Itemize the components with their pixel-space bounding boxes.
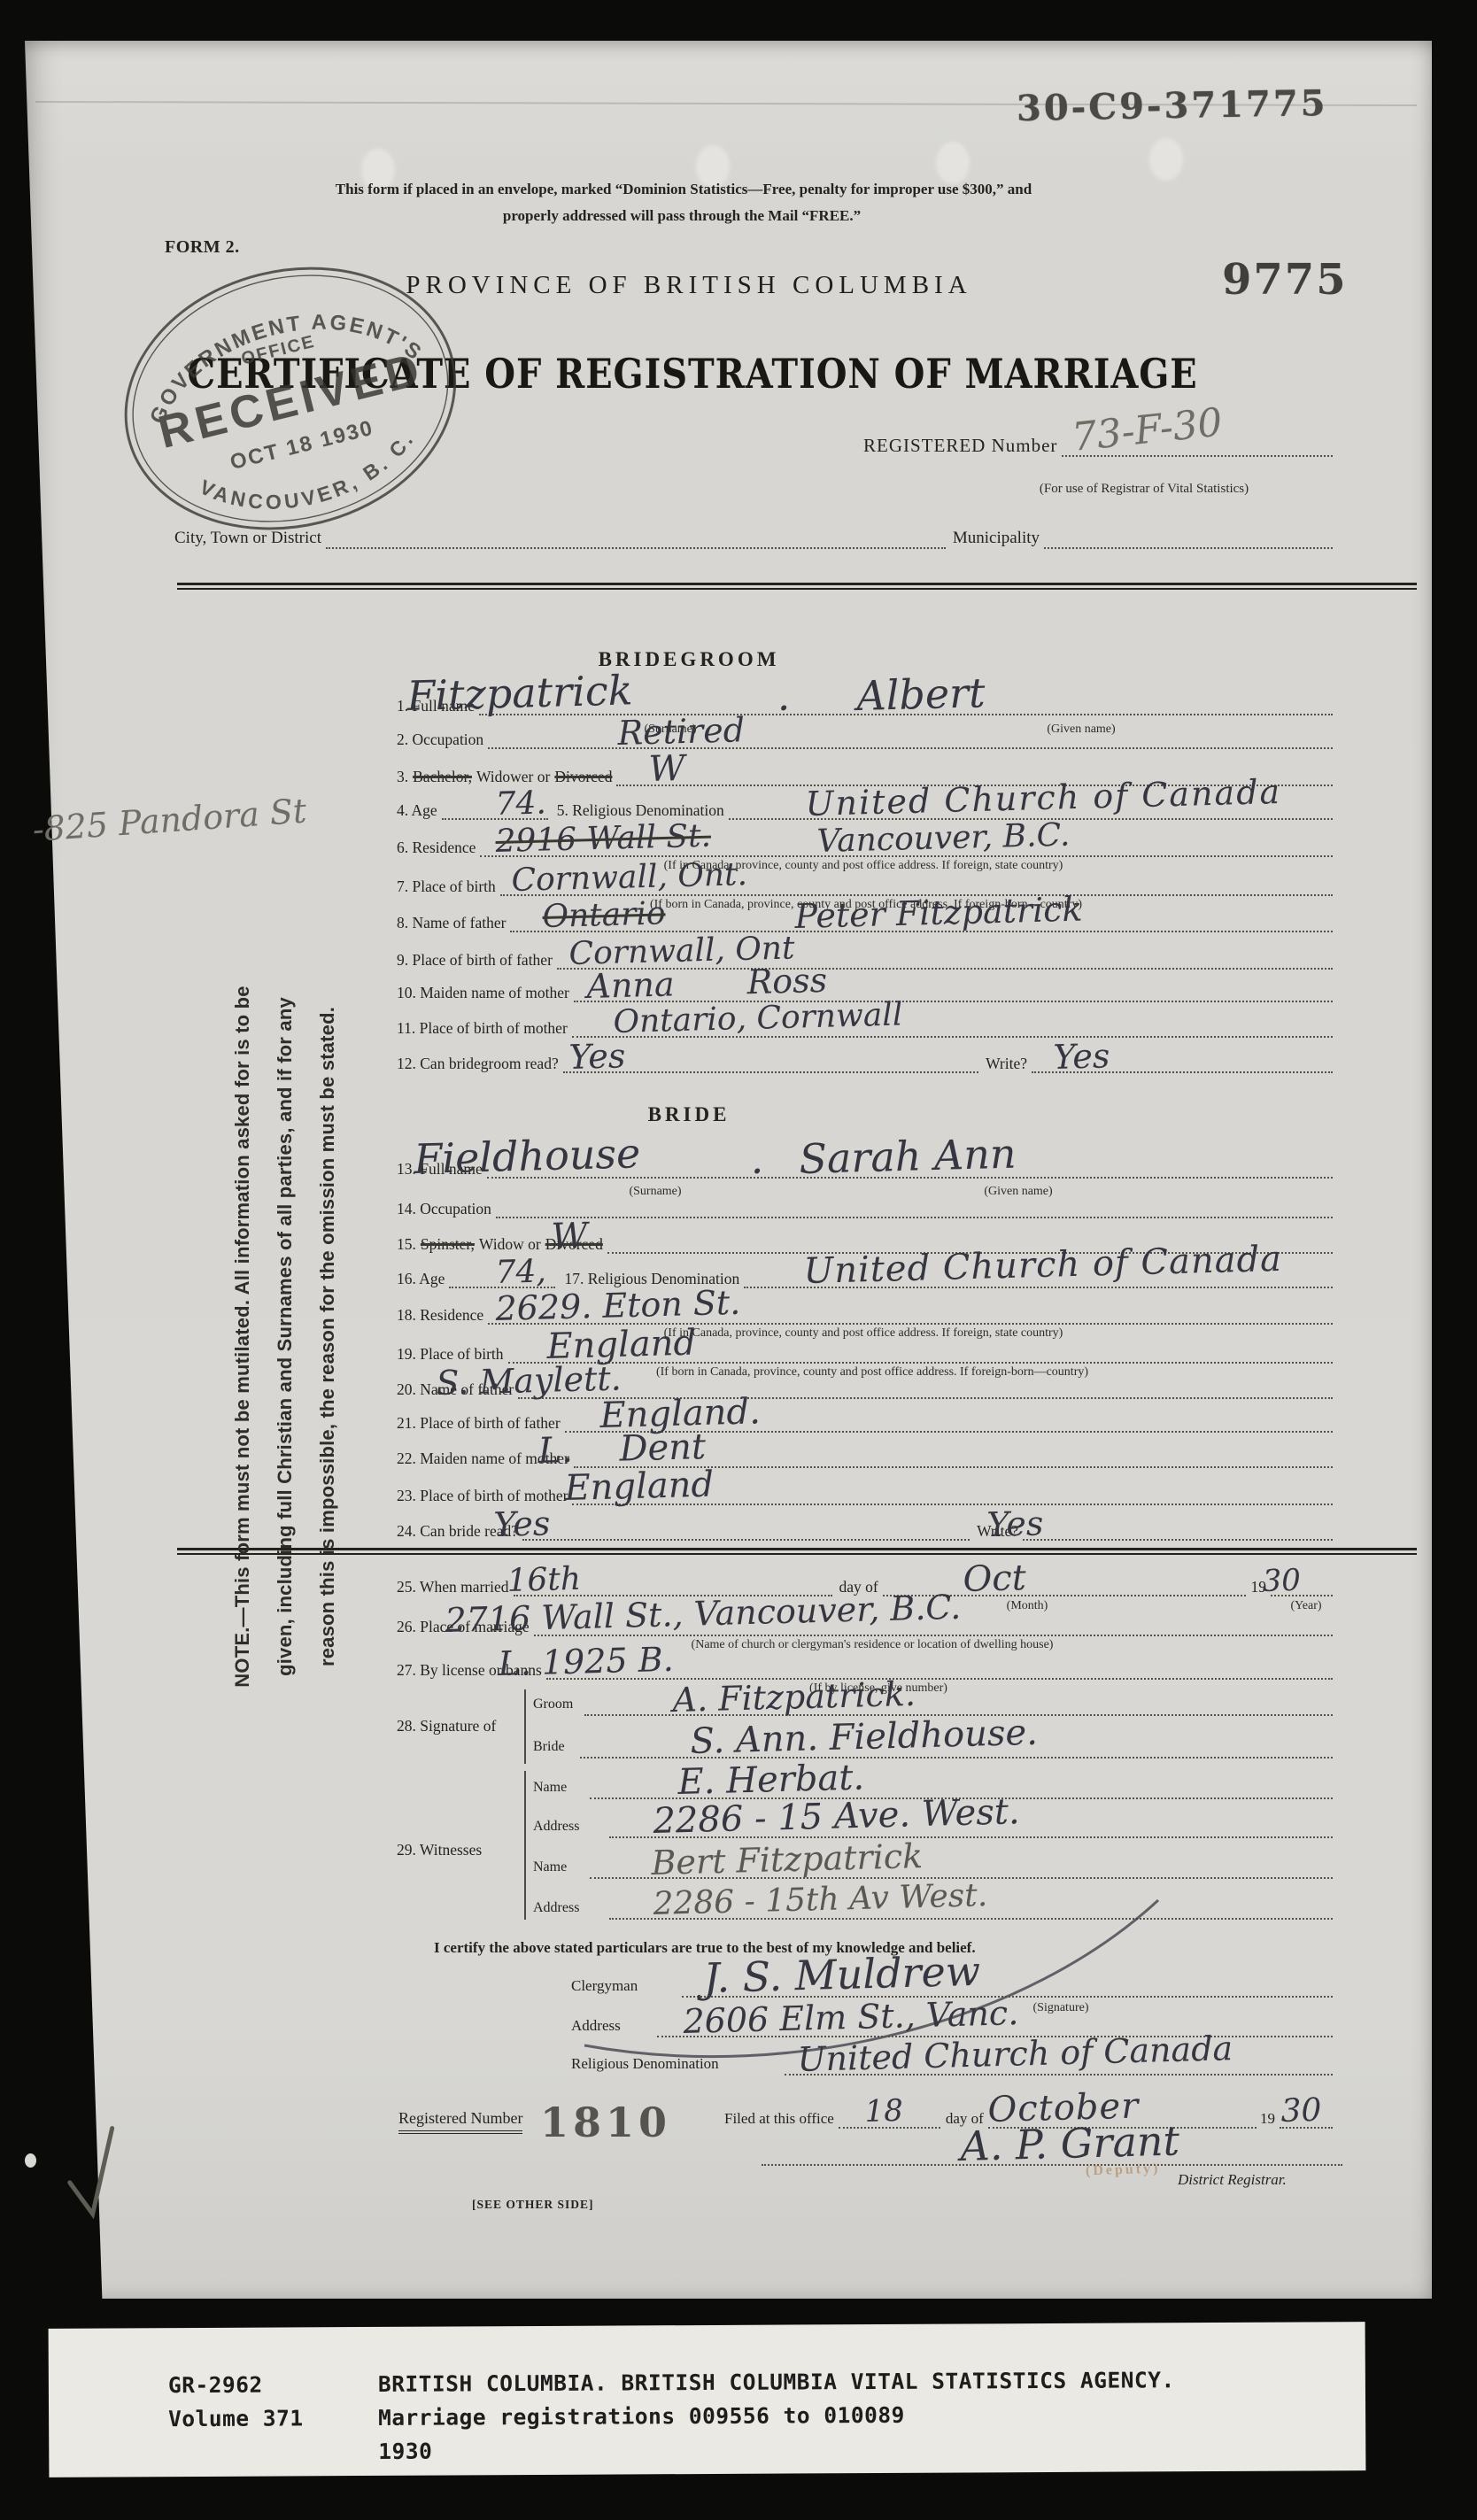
footer-agency: BRITISH COLUMBIA. BRITISH COLUMBIA VITAL… [378, 2367, 1175, 2397]
field-2-label: 2. Occupation [397, 731, 488, 749]
field-row-birthplace-groom: 7. Place of birth Cornwall, Ont. [397, 871, 1333, 896]
field-row-mother-birthplace-bride: 23. Place of birth of mother England [397, 1480, 1333, 1505]
archive-footer-strip: GR-2962 Volume 371 BRITISH COLUMBIA. BRI… [49, 2322, 1366, 2477]
side-note-line1: NOTE.—This form must not be mutilated. A… [221, 847, 264, 1826]
field-row-occupation-groom: 2. Occupation Retired [397, 724, 1333, 749]
dotted-line [326, 522, 946, 549]
field-7-label: 7. Place of birth [397, 878, 500, 896]
dotted-line [1023, 1514, 1333, 1541]
city-label: City, Town or District [174, 530, 326, 549]
field-row-place-of-marriage: 26. Place of marriage 2716 Wall St., Van… [397, 1612, 1333, 1636]
municipality-label: Municipality [946, 530, 1044, 549]
punch-hole [1149, 138, 1183, 181]
marriage-month-value: Oct [963, 1562, 1026, 1596]
registered-number-row: REGISTERED Number 73-F-30 [863, 430, 1333, 457]
groom-religion-value: United Church of Canada [805, 777, 1281, 819]
field-row-literacy-groom: 12. Can bridegroom read? Write? Yes Yes [397, 1048, 1333, 1073]
field-row-occupation-bride: 14. Occupation [397, 1194, 1333, 1218]
filed-year-prefix: 19 [1257, 2111, 1280, 2129]
field-4-label: 4. Age [397, 802, 442, 820]
bride-mother-value: L. Dent [537, 1431, 706, 1467]
groom-mother-birthplace-value: Ontario, Cornwall [613, 1001, 903, 1037]
bride-age-value: 74, [495, 1257, 546, 1287]
footer-reference: GR-2962 [168, 2372, 263, 2399]
checkmark-annotation [53, 2118, 135, 2231]
witness1-address-row: 2286 - 15 Ave. West. [609, 1813, 1333, 1838]
document-page: 30-C9-371775 9775 This form if placed in… [0, 0, 1477, 2520]
city-row: City, Town or District Municipality [174, 524, 1333, 549]
field-14-label: 14. Occupation [397, 1201, 496, 1218]
side-note: NOTE.—This form must not be mutilated. A… [221, 847, 351, 1826]
registrar-signature-row: A. P. Grant [762, 2141, 1342, 2166]
divider-rule [177, 588, 1417, 590]
punch-hole [936, 142, 970, 184]
groom-write-label: Write? [978, 1055, 1032, 1073]
field-row-father-groom: 8. Name of father Ontario Peter Fitzpatr… [397, 908, 1333, 932]
field-row-father-birthplace-bride: 21. Place of birth of father England. [397, 1408, 1333, 1433]
clergyman-label: Clergyman [571, 1978, 642, 1996]
footer-year: 1930 [378, 2439, 432, 2464]
field-row-age-religion-bride: 16. Age 17. Religious Denomination 74, U… [397, 1264, 1333, 1288]
field-row-full-name-groom: 1. Full name Fitzpatrick . Albert [397, 691, 1333, 715]
field-29-label: 29. Witnesses [397, 1842, 486, 1859]
field-row-mother-birthplace-groom: 11. Place of birth of mother Ontario, Co… [397, 1013, 1333, 1038]
field-row-father-birthplace-groom: 9. Place of birth of father Cornwall, On… [397, 945, 1333, 970]
microfilm-number-stamp: 30-C9-371775 [1017, 82, 1328, 129]
field-18-label: 18. Residence [397, 1307, 488, 1325]
bride-write-value: Yes [986, 1508, 1044, 1540]
field-8-label: 8. Name of father [397, 915, 510, 932]
field-row-father-bride: 20. Name of father S. Maylett. [397, 1374, 1333, 1399]
groom-signature-row: A. Fitzpatrick. [584, 1691, 1333, 1716]
bride-birthplace-value: England [546, 1327, 696, 1363]
groom-signature-label: Groom [533, 1697, 577, 1713]
license-value: L. 1925 B. [498, 1644, 674, 1679]
groom-residence-value: Vancouver, B.C. [816, 821, 1071, 856]
film-sprocket-dot [25, 2153, 36, 2168]
signature-brace [524, 1689, 531, 1764]
filed-day-value: 18 [864, 2098, 903, 2126]
bride-surname-value: Fieldhouse [414, 1135, 641, 1178]
registered-number-label: REGISTERED Number [863, 436, 1062, 457]
filed-label: Filed at this office [724, 2111, 839, 2129]
field-16-label: 16. Age [397, 1271, 449, 1288]
groom-occupation-value: Retired [617, 715, 745, 748]
dotted-line: 18 [839, 2104, 940, 2129]
groom-status-value: W [648, 753, 685, 785]
mail-notice-line2: properly addressed will pass through the… [503, 207, 861, 225]
field-3-struck-divorced: Divorced [554, 769, 616, 786]
bride-heading: BRIDE [648, 1103, 731, 1126]
field-23-label: 23. Place of birth of mother [397, 1488, 572, 1505]
dotted-line [1044, 522, 1333, 549]
side-note-line2: given, including full Christian and Surn… [264, 847, 306, 1826]
district-registrar-label: District Registrar. [1178, 2171, 1287, 2189]
clergyman-religion-row: United Church of Canada [785, 2051, 1333, 2076]
groom-name-dot: . [777, 677, 791, 715]
field-row-age-religion-groom: 4. Age 5. Religious Denomination 74. Uni… [397, 795, 1333, 820]
field-row-mother-bride: 22. Maiden name of mother L. Dent [397, 1443, 1333, 1468]
place-of-marriage-caption: (Name of church or clergyman's residence… [692, 1638, 1054, 1652]
dotted-line [522, 1514, 970, 1541]
groom-birthplace-value: Cornwall, Ont. [511, 861, 747, 895]
groom-given-value: Albert [856, 675, 986, 715]
marriage-year-value: 30 [1262, 1567, 1301, 1596]
witness1-name-value: E. Herbat. [677, 1762, 864, 1798]
field-row-residence-bride: 18. Residence 2629. Eton St. [397, 1300, 1333, 1325]
witness1-address-label: Address [533, 1819, 584, 1836]
side-note-line3: reason this is impossible, the reason fo… [306, 847, 349, 1826]
groom-signature-value: A. Fitzpatrick. [672, 1679, 916, 1715]
field-3-label: Widower or [476, 769, 554, 786]
bride-father-value: S. Maylett. [436, 1363, 622, 1398]
clergyman-signature-value: J. S. Muldrew [703, 1952, 981, 1997]
registration-number-label: Registered Number [398, 2109, 522, 2134]
field-25-label: 25. When married [397, 1579, 514, 1596]
clergyman-address-label: Address [571, 2018, 625, 2036]
field-3-struck-bachelor: Bachelor, [413, 769, 476, 786]
field-15-number: 15. [397, 1236, 421, 1254]
clergyman-religion-value: United Church of Canada [797, 2033, 1233, 2075]
page-number-stamp: 9775 [1222, 255, 1348, 305]
field-10-label: 10. Maiden name of mother [397, 985, 574, 1002]
groom-surname-value: Fitzpatrick [406, 672, 633, 715]
bride-religion-value: United Church of Canada [803, 1243, 1282, 1287]
groom-father-struck: Ontario [542, 900, 666, 931]
bride-read-value: Yes [493, 1508, 551, 1540]
witness2-name-value: Bert Fitzpatrick [651, 1841, 923, 1878]
field-28-label: 28. Signature of [397, 1718, 500, 1735]
registration-number-stamp: 1810 [540, 2099, 671, 2146]
dotted-line [496, 1192, 1333, 1218]
bride-name-dot: . [750, 1140, 764, 1178]
field-15-label: Widow or [479, 1236, 545, 1254]
footer-registrations: Marriage registrations 009556 to 010089 [378, 2402, 905, 2431]
dotted-line: 30 [1280, 2104, 1333, 2129]
footer-volume: Volume 371 [168, 2405, 304, 2431]
groom-mother-value: Anna Ross [586, 965, 827, 1001]
bride-signature-row: S. Ann. Fieldhouse. [580, 1734, 1333, 1759]
clergyman-address-value: 2606 Elm St., Vanc. [683, 1998, 1019, 2037]
province-title: PROVINCE OF BRITISH COLUMBIA [406, 271, 971, 300]
filed-year-value: 30 [1280, 2096, 1322, 2126]
groom-father-value: Peter Fitzpatrick [794, 893, 1083, 931]
witnesses-brace [524, 1771, 531, 1920]
bride-given-value: Sarah Ann [799, 1135, 1017, 1178]
field-3-number: 3. [397, 769, 413, 786]
field-6-label: 6. Residence [397, 839, 480, 857]
divider-rule [177, 1548, 1417, 1550]
bride-signature-value: S. Ann. Fieldhouse. [690, 1717, 1038, 1758]
field-12-label: 12. Can bridegroom read? [397, 1055, 563, 1073]
divider-rule [177, 583, 1417, 585]
registrar-signature-value: A. P. Grant [960, 2122, 1180, 2165]
field-row-birthplace-bride: 19. Place of birth England [397, 1339, 1333, 1364]
bride-status-value: W [551, 1220, 588, 1253]
field-15-struck-spinster: Spinster, [421, 1236, 479, 1254]
field-11-label: 11. Place of birth of mother [397, 1020, 572, 1038]
marriage-day-value: 16th [507, 1565, 581, 1596]
dotted-line [488, 723, 1333, 749]
groom-read-value: Yes [568, 1040, 626, 1072]
witness1-address-value: 2286 - 15 Ave. West. [653, 1796, 1020, 1837]
see-other-side-label: [SEE OTHER SIDE] [472, 2198, 594, 2212]
field-row-residence-groom: 6. Residence 2916 Wall St. Vancouver, B.… [397, 832, 1333, 857]
divider-rule [177, 1553, 1417, 1555]
groom-age-value: 74. [495, 789, 546, 819]
witness2-name-label: Name [533, 1859, 571, 1876]
deputy-stamp: (Deputy) [1086, 2161, 1161, 2180]
groom-residence-struck: 2916 Wall St. [495, 822, 711, 856]
witness1-name-label: Name [533, 1780, 571, 1797]
field-9-label: 9. Place of birth of father [397, 952, 557, 970]
field-19-label: 19. Place of birth [397, 1346, 508, 1364]
form-number-label: FORM 2. [165, 237, 240, 258]
mail-notice-line1: This form if placed in an envelope, mark… [336, 181, 1032, 198]
field-row-literacy-bride: 24. Can bride read? Write? Yes Yes [397, 1516, 1333, 1541]
bride-mother-birthplace-value: England [564, 1469, 714, 1504]
clergyman-religion-label: Religious Denomination [571, 2056, 723, 2074]
bride-residence-value: 2629. Eton St. [495, 1287, 740, 1324]
field-row-full-name-bride: 13. Full name Fieldhouse . Sarah Ann [397, 1154, 1333, 1179]
bride-signature-label: Bride [533, 1739, 569, 1756]
registered-number-caption: (For use of Registrar of Vital Statistic… [1040, 482, 1249, 497]
groom-write-value: Yes [1053, 1040, 1110, 1072]
